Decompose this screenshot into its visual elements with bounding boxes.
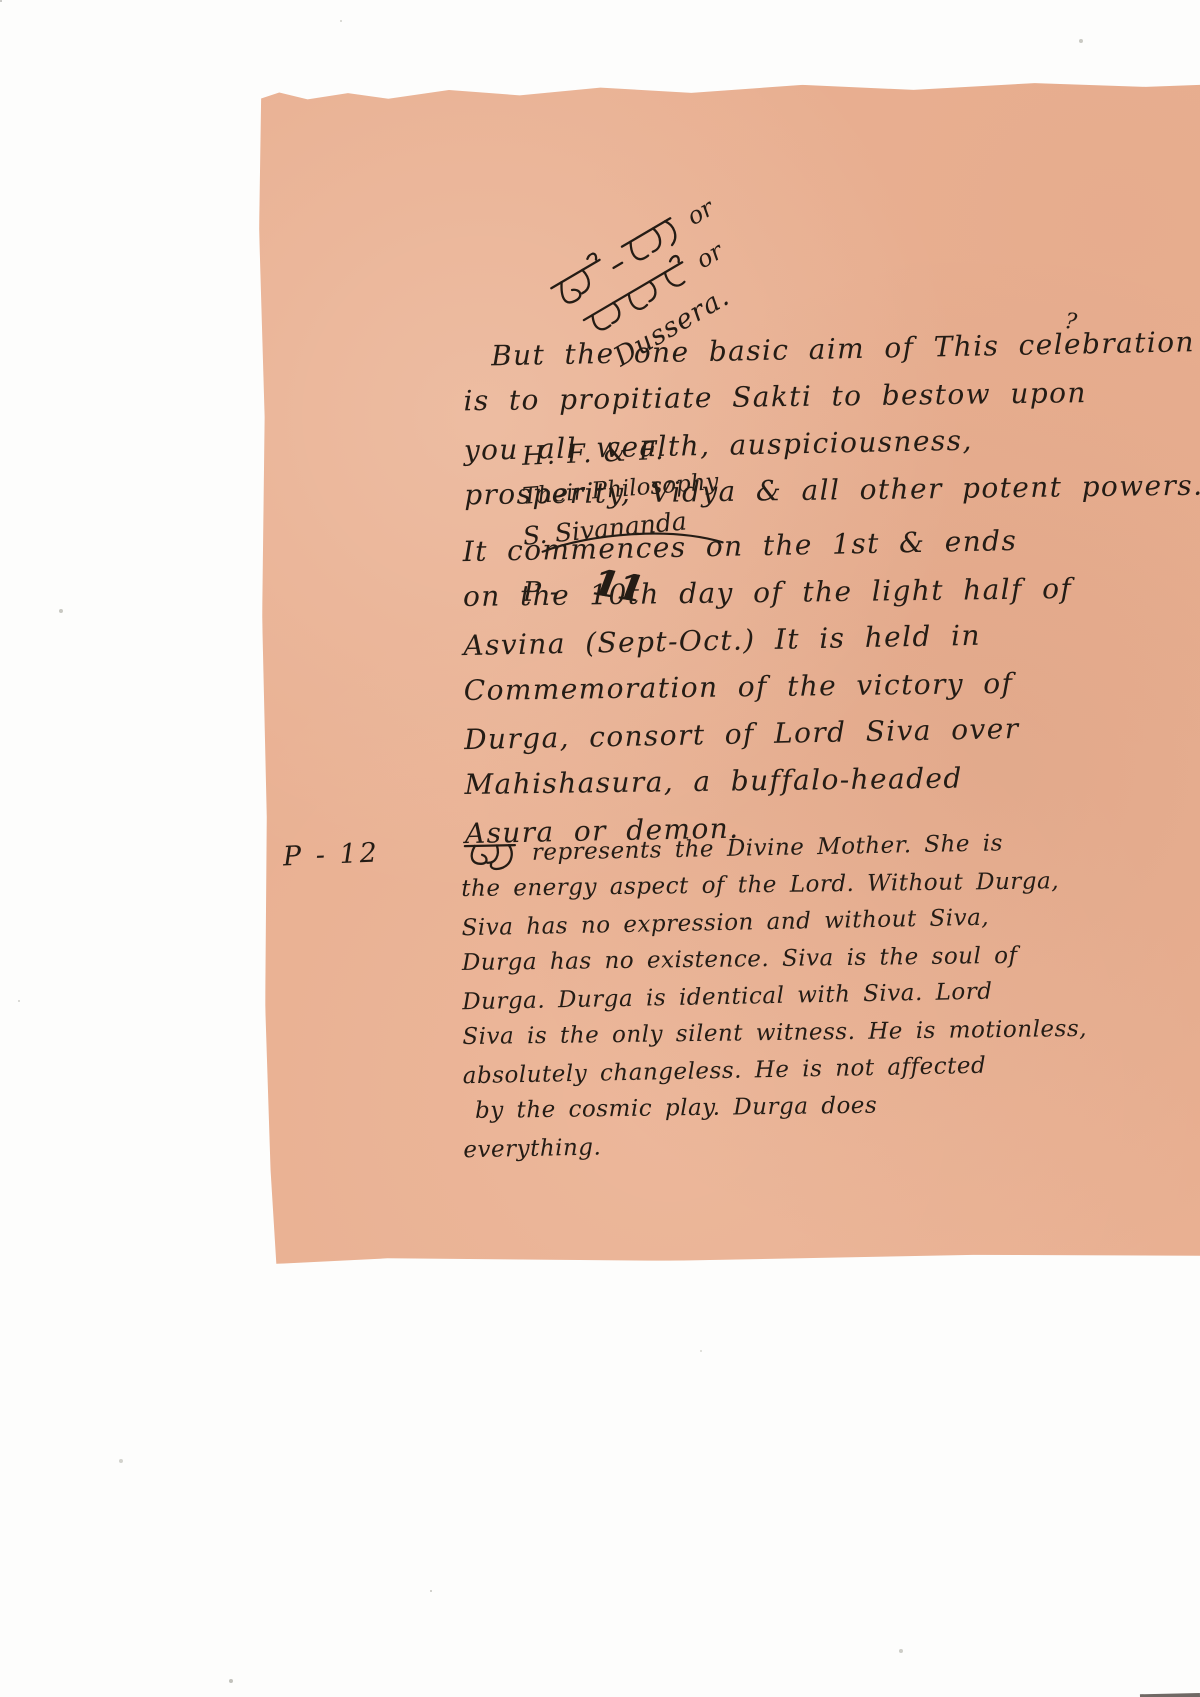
devanagari-durga-script-icon bbox=[461, 837, 520, 872]
page-reference-12: P - 12 bbox=[282, 837, 380, 872]
scan-noise-specks bbox=[0, 0, 2, 2]
paragraph-2: It commences on the 1st & ends on the 10… bbox=[462, 520, 1074, 854]
para1-line4: prosperity, Vidya & all other potent pow… bbox=[464, 462, 1200, 519]
scanned-page: दुर्गा-पूजा or नवरात्रि or Dussera. bbox=[0, 0, 1200, 1697]
scan-edge-artifact bbox=[1140, 1693, 1200, 1697]
note-paper-sheet: दुर्गा-पूजा or नवरात्रि or Dussera. bbox=[257, 80, 1200, 1264]
paragraph-3: दुर्गा represents the Divine Mother. She… bbox=[461, 828, 1088, 1166]
para3-line1-text: represents the Divine Mother. She is bbox=[532, 830, 1004, 865]
title-or-2: or bbox=[691, 237, 728, 274]
devanagari-durga-text: दुर्गा bbox=[519, 835, 520, 836]
paragraph-1: But the one basic aim of This celebratio… bbox=[463, 323, 1200, 517]
title-or-1: or bbox=[682, 194, 719, 231]
